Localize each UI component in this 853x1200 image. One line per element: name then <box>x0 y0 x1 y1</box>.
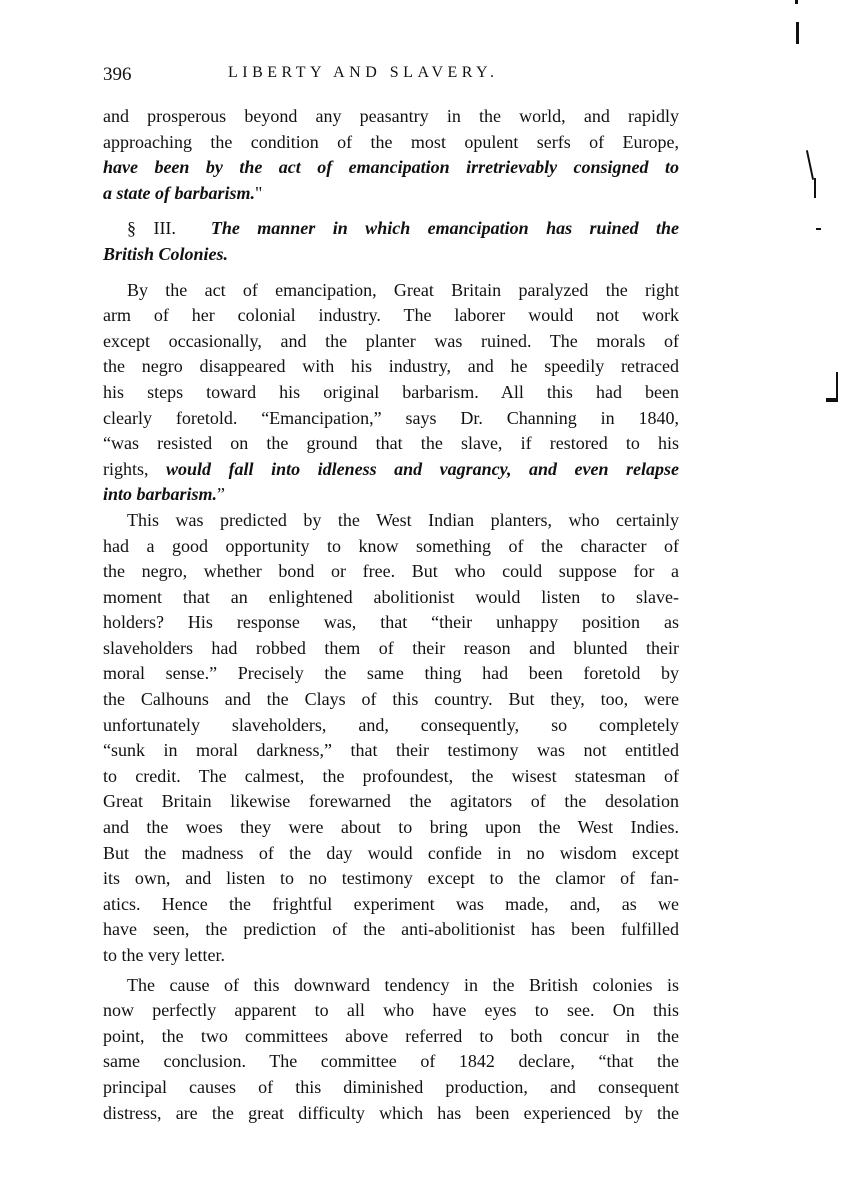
text-line: and the woes they were about to bring up… <box>103 815 679 841</box>
section-title-part-1: The manner in which emancipation has rui… <box>211 218 679 238</box>
text-line: same conclusion. The committee of 1842 d… <box>103 1049 679 1075</box>
text-line: except occasionally, and the planter was… <box>103 329 679 355</box>
body-text: slaveholders had robbed them of their re… <box>103 638 679 658</box>
text-line: clearly foretold. “Emancipation,” says D… <box>103 406 679 432</box>
text-line: the negro disappeared with his industry,… <box>103 354 679 380</box>
section-heading-line-2: British Colonies. <box>103 242 679 268</box>
text-line: principal causes of this diminished prod… <box>103 1075 679 1101</box>
text-line: to credit. The calmest, the profoundest,… <box>103 764 679 790</box>
text-line: By the act of emancipation, Great Britai… <box>103 278 679 304</box>
body-text: ” <box>217 484 225 504</box>
text-line: and prosperous beyond any peasantry in t… <box>103 104 679 130</box>
text-line: to the very letter. <box>103 943 679 969</box>
paragraph-4: The cause of this downward tendency in t… <box>103 973 679 1127</box>
text-line: the negro, whether bond or free. But who… <box>103 559 679 585</box>
body-text: principal causes of this diminished prod… <box>103 1077 679 1097</box>
body-text: moral sense.” Precisely the same thing h… <box>103 663 679 683</box>
body-text: its own, and listen to no testimony exce… <box>103 868 679 888</box>
scan-artifact-mark <box>816 228 821 230</box>
paragraph-1: and prosperous beyond any peasantry in t… <box>103 104 679 206</box>
section-number: § III. <box>127 218 176 238</box>
text-line: have seen, the prediction of the anti-ab… <box>103 917 679 943</box>
text-line: This was predicted by the West Indian pl… <box>103 508 679 534</box>
scan-artifact-mark <box>836 372 838 402</box>
body-text: holders? His response was, that “their u… <box>103 612 679 632</box>
italic-text: would fall into idleness and vagrancy, a… <box>166 459 679 479</box>
body-text: atics. Hence the frightful experiment wa… <box>103 894 679 914</box>
body-text: the Calhouns and the Clays of this count… <box>103 689 679 709</box>
body-text: But the madness of the day would confide… <box>103 843 679 863</box>
scan-artifact-mark <box>814 178 816 198</box>
body-text: Great Britain likewise forewarned the ag… <box>103 791 679 811</box>
text-line: unfortunately slaveholders, and, consequ… <box>103 713 679 739</box>
section-heading-line-1: § III. The manner in which emancipation … <box>103 216 679 242</box>
italic-text: a state of barbarism. <box>103 183 255 203</box>
body-text: now perfectly apparent to all who have e… <box>103 1000 679 1020</box>
italic-text: have been by the act of emancipation irr… <box>103 157 679 177</box>
scan-artifact-mark <box>806 150 814 180</box>
text-line: “sunk in moral darkness,” that their tes… <box>103 738 679 764</box>
text-line: a state of barbarism." <box>103 181 679 207</box>
text-line: point, the two committees above referred… <box>103 1024 679 1050</box>
text-line: But the madness of the day would confide… <box>103 841 679 867</box>
text-line: its own, and listen to no testimony exce… <box>103 866 679 892</box>
scan-artifact-mark <box>795 0 798 4</box>
body-text: This was predicted by the West Indian pl… <box>127 510 679 530</box>
body-text: the negro, whether bond or free. But who… <box>103 561 679 581</box>
text-line: slaveholders had robbed them of their re… <box>103 636 679 662</box>
body-text: to the very letter. <box>103 945 225 965</box>
book-page: 396 LIBERTY AND SLAVERY. and prosperous … <box>103 62 679 1126</box>
body-text: same conclusion. The committee of 1842 d… <box>103 1051 679 1071</box>
scan-artifact-mark <box>826 398 836 402</box>
text-line: approaching the condition of the most op… <box>103 130 679 156</box>
paragraph-2: By the act of emancipation, Great Britai… <box>103 278 679 508</box>
section-heading: § III. The manner in which emancipation … <box>103 216 679 267</box>
body-text: had a good opportunity to know something… <box>103 536 679 556</box>
body-text: arm of her colonial industry. The labore… <box>103 305 679 325</box>
body-text: his steps toward his original barbarism.… <box>103 382 679 402</box>
body-text: moment that an enlightened abolitionist … <box>103 587 679 607</box>
text-line: arm of her colonial industry. The labore… <box>103 303 679 329</box>
body-text: clearly foretold. “Emancipation,” says D… <box>103 408 679 428</box>
text-line: distress, are the great difficulty which… <box>103 1101 679 1127</box>
body-text: to credit. The calmest, the profoundest,… <box>103 766 679 786</box>
text-line: rights, would fall into idleness and vag… <box>103 457 679 483</box>
text-line: The cause of this downward tendency in t… <box>103 973 679 999</box>
text-line: had a good opportunity to know something… <box>103 534 679 560</box>
body-text: and the woes they were about to bring up… <box>103 817 679 837</box>
text-line: holders? His response was, that “their u… <box>103 610 679 636</box>
text-line: the Calhouns and the Clays of this count… <box>103 687 679 713</box>
body-text: By the act of emancipation, Great Britai… <box>127 280 679 300</box>
body-text: “sunk in moral darkness,” that their tes… <box>103 740 679 760</box>
body-text: " <box>255 183 262 203</box>
body-text: distress, are the great difficulty which… <box>103 1103 679 1123</box>
body-text: except occasionally, and the planter was… <box>103 331 679 351</box>
body-text: “was resisted on the ground that the sla… <box>103 433 679 453</box>
text-line: Great Britain likewise forewarned the ag… <box>103 789 679 815</box>
text-line: into barbarism.” <box>103 482 679 508</box>
section-title-part-2: British Colonies. <box>103 244 228 264</box>
text-line: moral sense.” Precisely the same thing h… <box>103 661 679 687</box>
page-number: 396 <box>103 64 132 86</box>
text-line: moment that an enlightened abolitionist … <box>103 585 679 611</box>
running-head: 396 LIBERTY AND SLAVERY. <box>103 62 679 90</box>
text-line: atics. Hence the frightful experiment wa… <box>103 892 679 918</box>
body-text: have seen, the prediction of the anti-ab… <box>103 919 679 939</box>
body-text: and prosperous beyond any peasantry in t… <box>103 106 679 126</box>
text-line: have been by the act of emancipation irr… <box>103 155 679 181</box>
body-text: approaching the condition of the most op… <box>103 132 679 152</box>
text-line: now perfectly apparent to all who have e… <box>103 998 679 1024</box>
body-text: the negro disappeared with his industry,… <box>103 356 679 376</box>
body-text: unfortunately slaveholders, and, consequ… <box>103 715 679 735</box>
body-text: point, the two committees above referred… <box>103 1026 679 1046</box>
body-text: rights, <box>103 459 166 479</box>
body-text: The cause of this downward tendency in t… <box>127 975 679 995</box>
scan-artifact-mark <box>796 22 799 44</box>
text-line: his steps toward his original barbarism.… <box>103 380 679 406</box>
text-line: “was resisted on the ground that the sla… <box>103 431 679 457</box>
running-title: LIBERTY AND SLAVERY. <box>228 64 499 82</box>
italic-text: into barbarism. <box>103 484 217 504</box>
paragraph-3: This was predicted by the West Indian pl… <box>103 508 679 969</box>
